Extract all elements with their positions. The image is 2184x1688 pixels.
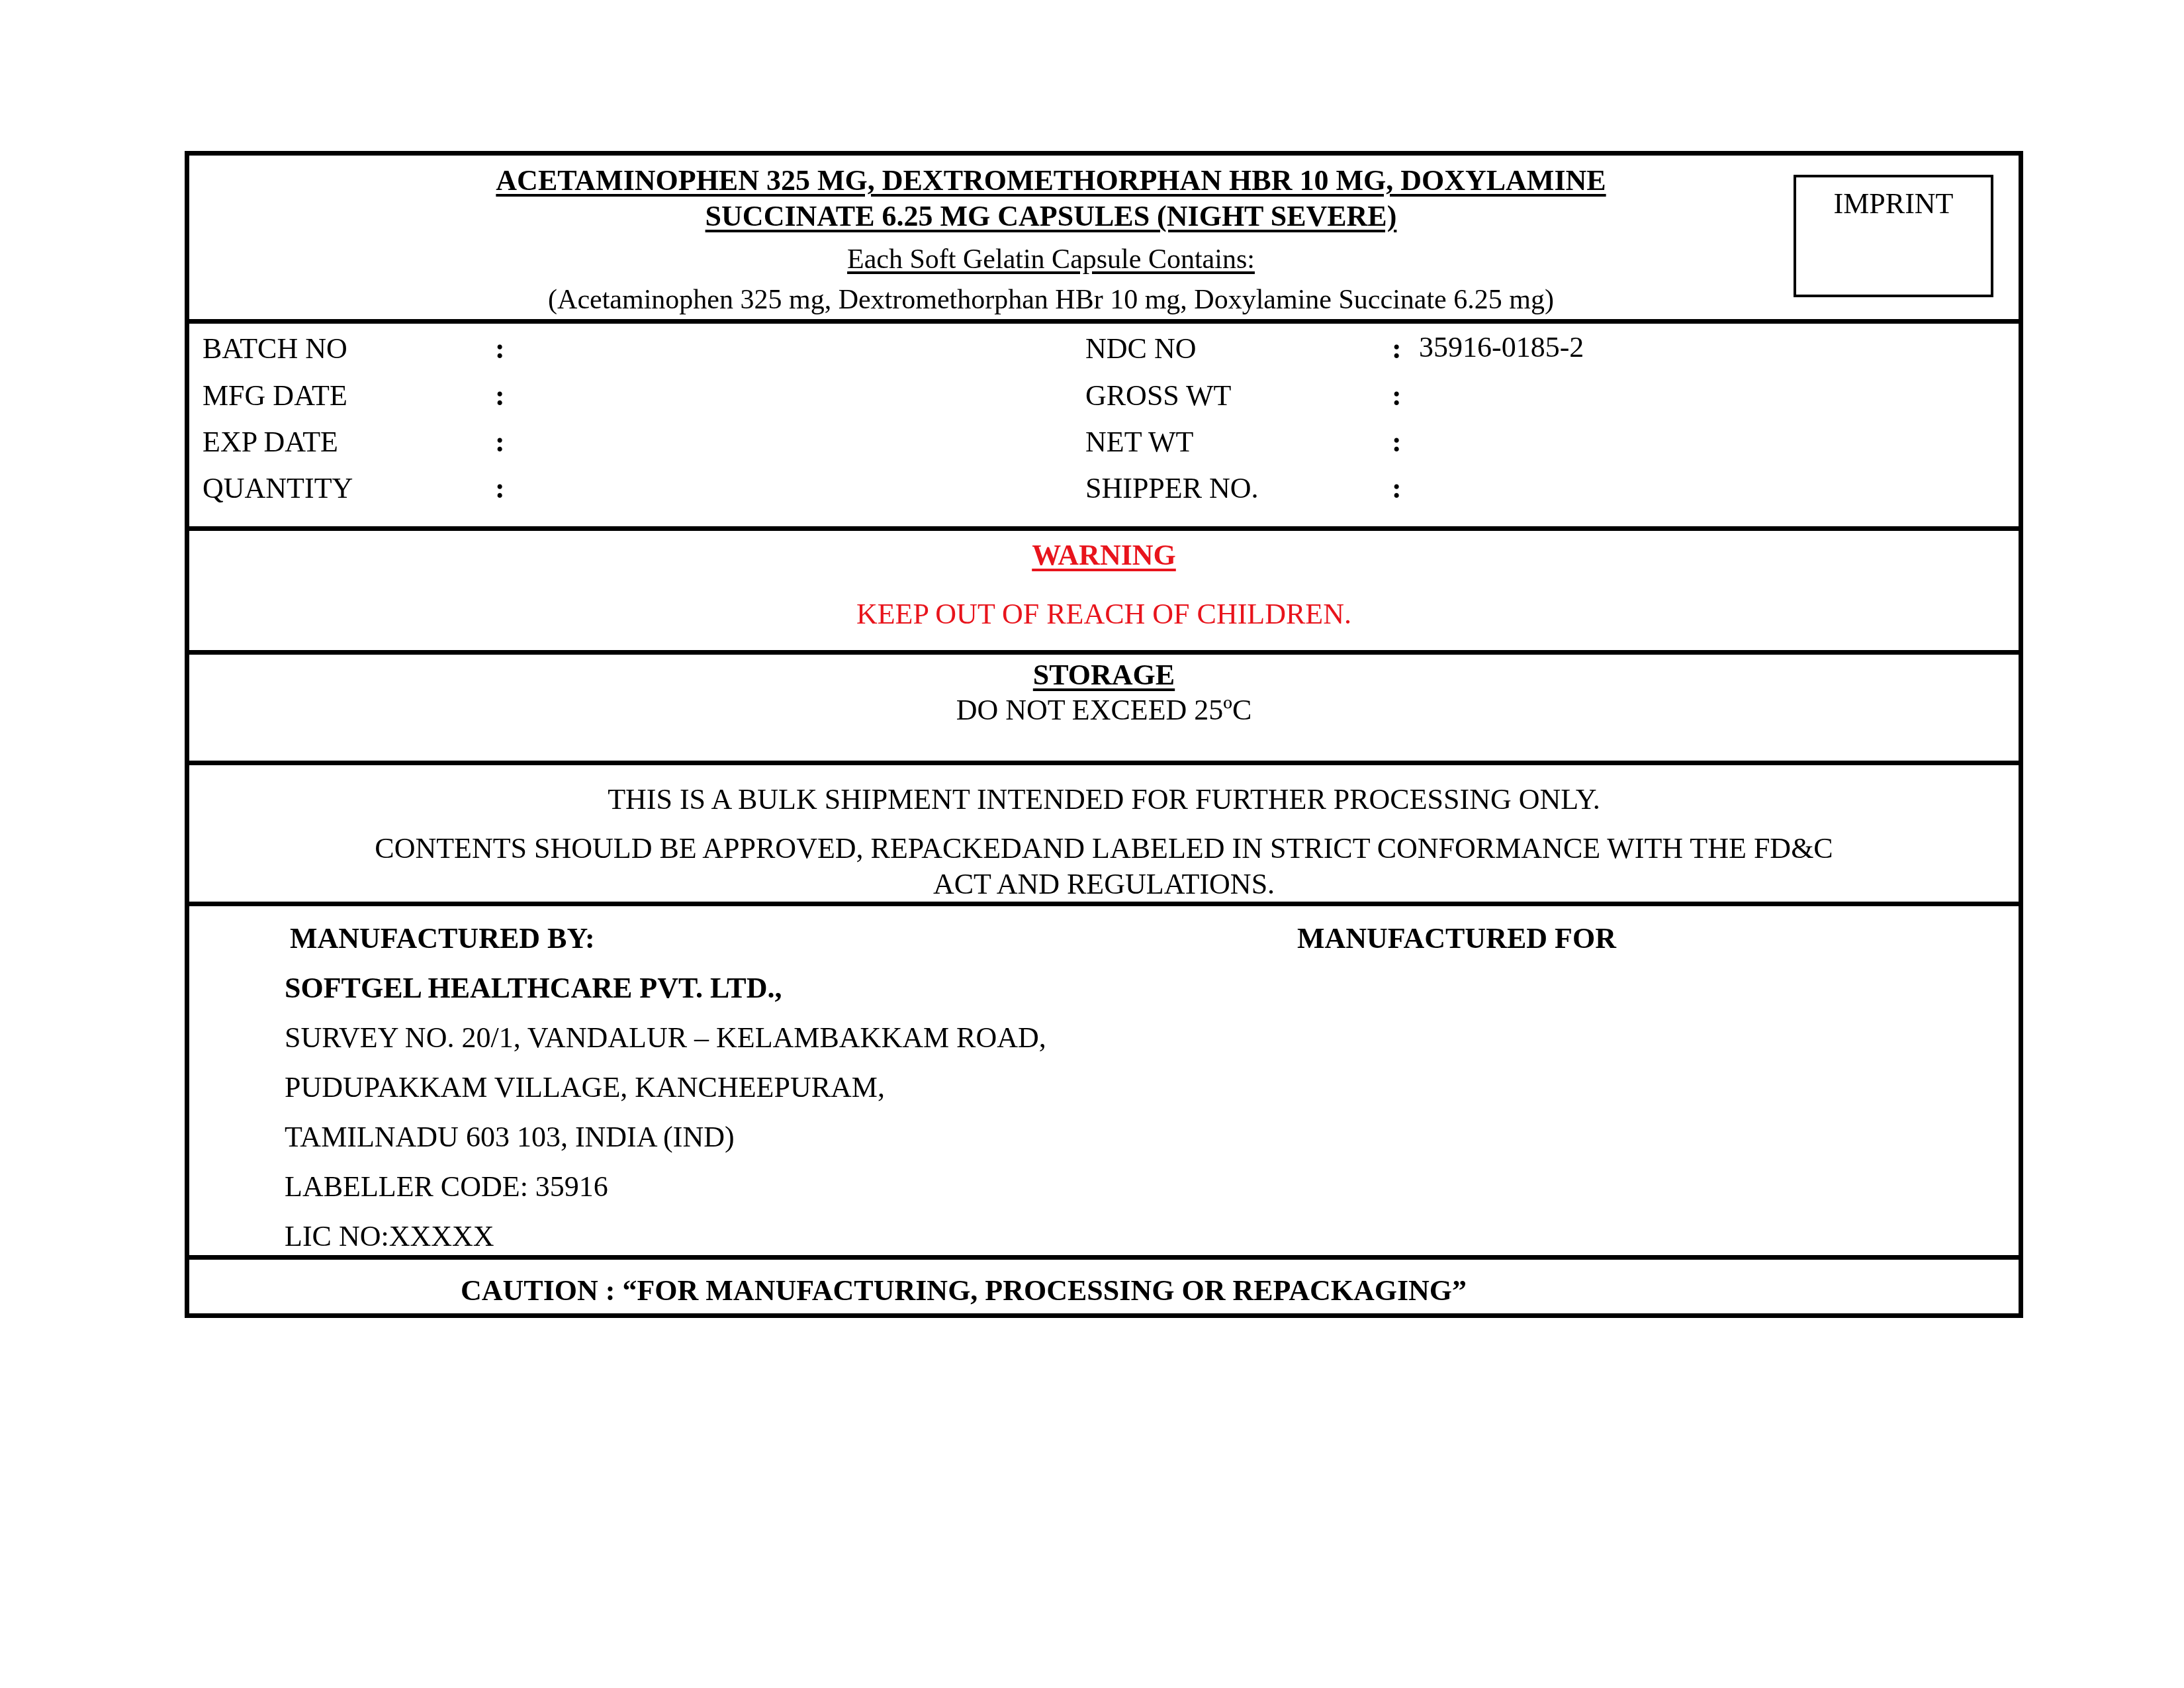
manufactured-for-label: MANUFACTURED FOR bbox=[1297, 922, 1616, 955]
manufacturer-company: SOFTGEL HEALTHCARE PVT. LTD., bbox=[285, 972, 782, 1005]
field-exp-date-sep: : bbox=[495, 426, 505, 459]
warning-text: KEEP OUT OF REACH OF CHILDREN. bbox=[185, 598, 2023, 631]
divider bbox=[185, 902, 2023, 906]
storage-title: STORAGE bbox=[185, 659, 2023, 692]
divider bbox=[185, 650, 2023, 655]
bulk-notice-line3: ACT AND REGULATIONS. bbox=[185, 868, 2023, 901]
manufactured-by-label: MANUFACTURED BY: bbox=[290, 922, 595, 955]
warning-title: WARNING bbox=[185, 539, 2023, 572]
field-net-wt-sep: : bbox=[1392, 426, 1402, 459]
composition-text: (Acetaminophen 325 mg, Dextromethorphan … bbox=[185, 283, 2023, 316]
field-ndc-no-label: NDC NO bbox=[1085, 332, 1196, 365]
divider bbox=[185, 319, 2023, 324]
field-ndc-no-sep: : bbox=[1392, 332, 1402, 365]
product-title-line1: ACETAMINOPHEN 325 MG, DEXTROMETHORPHAN H… bbox=[185, 164, 2023, 197]
labeller-code: LABELLER CODE: 35916 bbox=[285, 1170, 608, 1203]
divider bbox=[185, 526, 2023, 531]
field-shipper-no-label: SHIPPER NO. bbox=[1085, 472, 1259, 505]
manufacturer-address-line: SURVEY NO. 20/1, VANDALUR – KELAMBAKKAM … bbox=[285, 1021, 1046, 1055]
field-gross-wt-sep: : bbox=[1392, 379, 1402, 412]
imprint-box: IMPRINT bbox=[1794, 175, 1993, 297]
field-batch-no-label: BATCH NO bbox=[203, 332, 347, 365]
product-title-line2: SUCCINATE 6.25 MG CAPSULES (NIGHT SEVERE… bbox=[185, 200, 2023, 233]
field-gross-wt-label: GROSS WT bbox=[1085, 379, 1231, 412]
contains-label: Each Soft Gelatin Capsule Contains: bbox=[185, 243, 2023, 276]
imprint-label: IMPRINT bbox=[1834, 187, 1954, 220]
field-quantity-label: QUANTITY bbox=[203, 472, 353, 505]
bulk-notice-line1: THIS IS A BULK SHIPMENT INTENDED FOR FUR… bbox=[185, 783, 2023, 816]
divider bbox=[185, 761, 2023, 765]
field-exp-date-label: EXP DATE bbox=[203, 426, 338, 459]
caution-text: CAUTION : “FOR MANUFACTURING, PROCESSING… bbox=[461, 1274, 1467, 1307]
field-mfg-date-label: MFG DATE bbox=[203, 379, 347, 412]
license-number: LIC NO:XXXXX bbox=[285, 1220, 494, 1253]
field-quantity-sep: : bbox=[495, 472, 505, 505]
bulk-notice-line2: CONTENTS SHOULD BE APPROVED, REPACKEDAND… bbox=[185, 832, 2023, 865]
storage-text: DO NOT EXCEED 25ºC bbox=[185, 694, 2023, 727]
field-batch-no-sep: : bbox=[495, 332, 505, 365]
field-mfg-date-sep: : bbox=[495, 379, 505, 412]
field-ndc-no-value: 35916-0185-2 bbox=[1419, 331, 1584, 364]
field-net-wt-label: NET WT bbox=[1085, 426, 1193, 459]
field-shipper-no-sep: : bbox=[1392, 472, 1402, 505]
manufacturer-address-line: PUDUPAKKAM VILLAGE, KANCHEEPURAM, bbox=[285, 1071, 885, 1104]
divider bbox=[185, 1255, 2023, 1260]
manufacturer-address-line: TAMILNADU 603 103, INDIA (IND) bbox=[285, 1121, 735, 1154]
